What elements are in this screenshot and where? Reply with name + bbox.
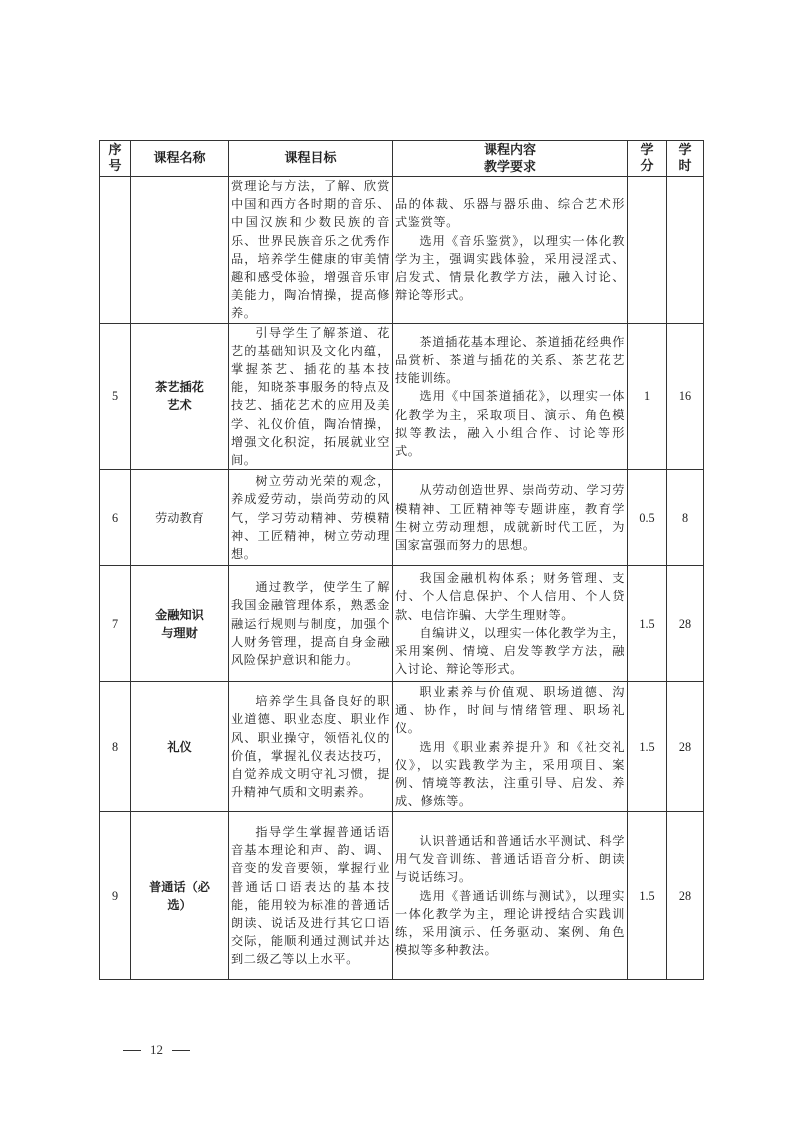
row-seq: 6 [100, 470, 131, 566]
header-seq: 序号 [100, 141, 131, 177]
header-name: 课程名称 [131, 141, 229, 177]
row-goal: 赏理论与方法，了解、欣赏中国和西方各时期的音乐、中国汉族和少数民族的音乐、世界民… [229, 177, 393, 324]
row-content: 我国金融机构体系；财务管理、支付、个人信息保护、个人信用、个人贷款、电信诈骗、大… [393, 566, 628, 682]
row-credit: 1.5 [628, 812, 667, 980]
row-name: 茶艺插花艺术 [131, 323, 229, 470]
row-content: 职业素养与价值观、职场道德、沟通、协作，时间与情绪管理、职场礼仪。 选用《职业素… [393, 682, 628, 812]
header-hours: 学时 [667, 141, 704, 177]
table-row: 7 金融知识与理财 通过教学，使学生了解我国金融管理体系，熟悉金融运行规则与制度… [100, 566, 704, 682]
header-credit: 学分 [628, 141, 667, 177]
row-goal: 培养学生具备良好的职业道德、职业态度、职业作风、职业操守，领悟礼仪的价值，掌握礼… [229, 682, 393, 812]
row-credit [628, 177, 667, 324]
row-name: 劳动教育 [131, 470, 229, 566]
table-row: 9 普通话（必选） 指导学生掌握普通话语音基本理论和声、韵、调、音变的发音要领，… [100, 812, 704, 980]
row-name: 礼仪 [131, 682, 229, 812]
row-hours [667, 177, 704, 324]
row-hours: 16 [667, 323, 704, 470]
row-seq: 8 [100, 682, 131, 812]
row-seq: 7 [100, 566, 131, 682]
row-content: 认识普通话和普通话水平测试、科学用气发音训练、普通话语音分析、朗读与说话练习。 … [393, 812, 628, 980]
row-goal: 引导学生了解茶道、花艺的基础知识及文化内蕴，掌握茶艺、插花的基本技能，知晓茶事服… [229, 323, 393, 470]
page-number: 12 [150, 1042, 163, 1058]
row-credit: 0.5 [628, 470, 667, 566]
course-table: 序号 课程名称 课程目标 课程内容 教学要求 学分 学时 赏理论与方法，了解、欣… [99, 140, 704, 980]
table-row: 5 茶艺插花艺术 引导学生了解茶道、花艺的基础知识及文化内蕴，掌握茶艺、插花的基… [100, 323, 704, 470]
row-credit: 1.5 [628, 566, 667, 682]
row-content: 从劳动创造世界、崇尚劳动、学习劳模精神、工匠精神等专题讲座，教育学生树立劳动理想… [393, 470, 628, 566]
row-name: 普通话（必选） [131, 812, 229, 980]
row-name: 金融知识与理财 [131, 566, 229, 682]
row-hours: 28 [667, 682, 704, 812]
row-seq: 5 [100, 323, 131, 470]
row-hours: 28 [667, 566, 704, 682]
header-content: 课程内容 教学要求 [393, 141, 628, 177]
row-goal: 指导学生掌握普通话语音基本理论和声、韵、调、音变的发音要领，掌握行业普通话口语表… [229, 812, 393, 980]
row-credit: 1.5 [628, 682, 667, 812]
header-goal: 课程目标 [229, 141, 393, 177]
footer-dash-left [123, 1050, 141, 1051]
table-row: 6 劳动教育 树立劳动光荣的观念，养成爱劳动，崇尚劳动的风气，学习劳动精神、劳模… [100, 470, 704, 566]
row-goal: 通过教学，使学生了解我国金融管理体系，熟悉金融运行规则与制度，加强个人财务管理，… [229, 566, 393, 682]
row-seq: 9 [100, 812, 131, 980]
row-content: 茶道插花基本理论、茶道插花经典作品赏析、茶道与插花的关系、茶艺花艺技能训练。 选… [393, 323, 628, 470]
row-content: 品的体裁、乐器与器乐曲、综合艺术形式鉴赏等。 选用《音乐鉴赏》，以理实一体化教学… [393, 177, 628, 324]
row-seq [100, 177, 131, 324]
header-row: 序号 课程名称 课程目标 课程内容 教学要求 学分 学时 [100, 141, 704, 177]
row-credit: 1 [628, 323, 667, 470]
table-row: 赏理论与方法，了解、欣赏中国和西方各时期的音乐、中国汉族和少数民族的音乐、世界民… [100, 177, 704, 324]
row-hours: 8 [667, 470, 704, 566]
row-name [131, 177, 229, 324]
page-footer: 12 [123, 1042, 190, 1058]
row-hours: 28 [667, 812, 704, 980]
row-goal: 树立劳动光荣的观念，养成爱劳动，崇尚劳动的风气，学习劳动精神、劳模精神、工匠精神… [229, 470, 393, 566]
footer-dash-right [172, 1050, 190, 1051]
table-row: 8 礼仪 培养学生具备良好的职业道德、职业态度、职业作风、职业操守，领悟礼仪的价… [100, 682, 704, 812]
